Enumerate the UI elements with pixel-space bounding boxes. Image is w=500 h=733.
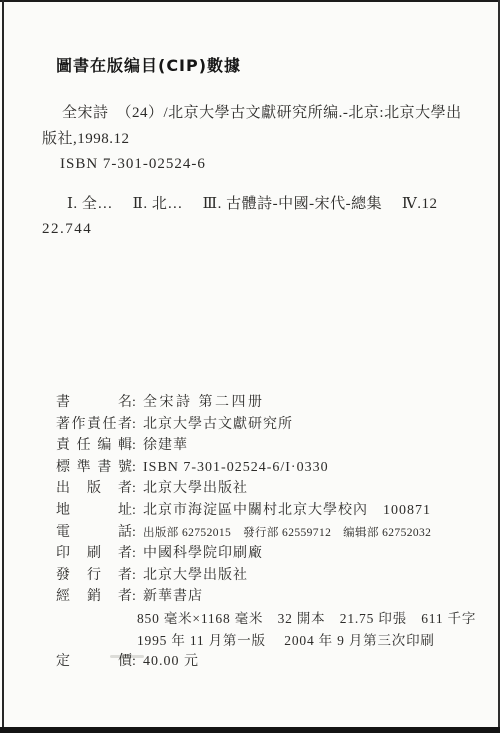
cip-heading: 圖書在版编目(CIP)數據	[56, 53, 241, 76]
colophon-row-distributor: 發行者:北京大學出版社	[42, 565, 480, 587]
row-value: 徐建華	[143, 438, 188, 453]
row-colon: :	[132, 414, 143, 436]
row-colon: :	[132, 522, 143, 544]
row-colon: :	[132, 543, 143, 565]
scan-edge-top	[0, 0, 500, 2]
colophon-row-author: 著作責任者:北京大學古文獻研究所	[42, 414, 480, 436]
row-colon: :	[132, 457, 143, 479]
colophon-list: 書名:全宋詩 第二四册 著作責任者:北京大學古文獻研究所 責任编輯:徐建華 標準…	[42, 392, 480, 673]
row-label: 著作責任者	[56, 414, 132, 436]
row-value: 40.00 元	[143, 654, 199, 669]
row-value: 北京大學古文獻研究所	[143, 417, 293, 432]
cip-classification: Ⅰ. 全… Ⅱ. 北… Ⅲ. 古體詩-中國-宋代-總集 Ⅳ.12 22.744	[42, 192, 480, 242]
scanned-colophon-page: 圖書在版编目(CIP)數據 全宋詩 （24）/北京大學古文獻研究所编.-北京:北…	[0, 0, 500, 733]
cip-entry-paragraph: 全宋詩 （24）/北京大學古文獻研究所编.-北京:北京大學出 版社,1998.1…	[42, 101, 470, 178]
row-value: 850 毫米×1168 毫米 32 開本 21.75 印張 611 千字	[137, 611, 476, 626]
row-colon: :	[132, 392, 143, 414]
colophon-row-price: 定價:40.00 元	[42, 651, 480, 673]
colophon-row-publisher: 出版者:北京大學出版社	[42, 478, 480, 500]
cip-class-line-2: 22.744	[42, 217, 480, 242]
row-value: 出版部 62752015 發行部 62559712 编辑部 62752032	[143, 527, 431, 539]
row-label: 經銷者	[56, 586, 132, 608]
row-label: 電話	[56, 522, 132, 544]
colophon-row-isbn: 標準書號:ISBN 7-301-02524-6/I·0330	[42, 457, 480, 479]
scan-edge-left	[2, 0, 4, 733]
row-label: 責任编輯	[56, 435, 132, 457]
colophon-row-address: 地址:北京市海淀區中關村北京大學校內 100871	[42, 500, 480, 522]
row-value: 新華書店	[143, 589, 203, 604]
row-label: 發行者	[56, 565, 132, 587]
row-colon: :	[132, 435, 143, 457]
colophon-row-book-title: 書名:全宋詩 第二四册	[42, 392, 480, 414]
row-value: 北京市海淀區中關村北京大學校內 100871	[143, 503, 431, 518]
row-value: 北京大學出版社	[143, 568, 248, 583]
row-colon: :	[132, 586, 143, 608]
row-value: 北京大學出版社	[143, 481, 248, 496]
row-colon: :	[132, 651, 143, 673]
row-label: 定價	[56, 651, 132, 673]
row-label: 書名	[56, 392, 132, 414]
cip-class-line-1: Ⅰ. 全… Ⅱ. 北… Ⅲ. 古體詩-中國-宋代-總集 Ⅳ.12	[42, 192, 480, 217]
cip-entry-line-1: 全宋詩 （24）/北京大學古文獻研究所编.-北京:北京大學出	[42, 101, 470, 127]
row-value: 全宋詩 第二四册	[143, 395, 265, 410]
colophon-row-phone: 電話:出版部 62752015 發行部 62559712 编辑部 6275203…	[42, 522, 480, 544]
colophon-row-format-specs: 850 毫米×1168 毫米 32 開本 21.75 印張 611 千字	[42, 608, 480, 630]
row-value: 1995 年 11 月第一版 2004 年 9 月第三次印刷	[137, 633, 435, 648]
row-label: 標準書號	[56, 457, 132, 479]
scan-edge-bottom	[0, 727, 500, 733]
colophon-row-seller: 經銷者:新華書店	[42, 586, 480, 608]
row-label: 出版者	[56, 478, 132, 500]
row-colon: :	[132, 478, 143, 500]
cip-entry-line-2: 版社,1998.12	[42, 127, 470, 153]
colophon-row-editor: 責任编輯:徐建華	[42, 435, 480, 457]
row-colon: :	[132, 565, 143, 587]
row-value: ISBN 7-301-02524-6/I·0330	[143, 460, 329, 475]
cip-isbn-line: ISBN 7-301-02524-6	[42, 152, 470, 178]
row-colon: :	[132, 500, 143, 522]
row-label: 印刷者	[56, 543, 132, 565]
colophon-row-printer: 印刷者:中國科學院印刷廠	[42, 543, 480, 565]
row-label: 地址	[56, 500, 132, 522]
colophon-row-edition-dates: 1995 年 11 月第一版 2004 年 9 月第三次印刷	[42, 630, 480, 652]
row-value: 中國科學院印刷廠	[143, 546, 263, 561]
